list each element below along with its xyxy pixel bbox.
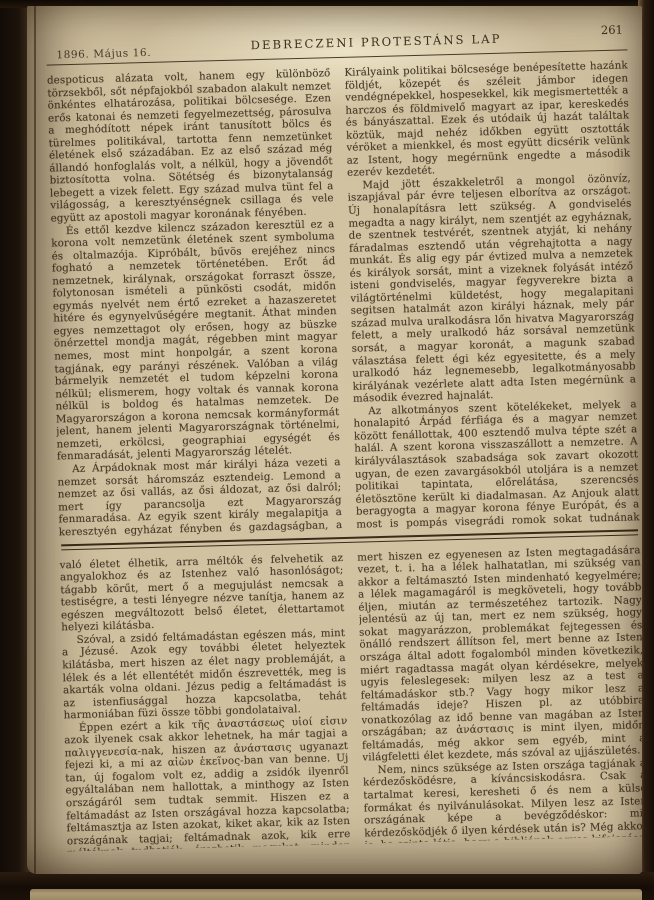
paragraph: Éppen ezért a kik τῆς ἀναστάσεως υἱοί εἰ… [64,715,351,851]
paragraph: despoticus alázata volt, hanem egy külön… [47,67,334,225]
lower-article-columns: való életet élhetik, arra méltók és felv… [60,544,642,851]
page-header: 1896. Május 16. DEBRECZENI PROTESTÁNS LA… [46,32,627,65]
paragraph: való életet élhetik, arra méltók és felv… [60,552,345,635]
paragraph: És ettől kezdve kilencz századon kereszt… [51,218,341,464]
column-left-top: despoticus alázata volt, hanem egy külön… [47,67,343,538]
upper-article-columns: despoticus alázata volt, hanem egy külön… [47,59,640,538]
column-left-bottom: való életet élhetik, arra méltók és felv… [60,552,351,851]
page-content: 1896. Május 16. DEBRECZENI PROTESTÁNS LA… [27,6,642,874]
column-right-bottom: mert hiszen ez egyenesen az Isten megtag… [357,544,642,843]
issue-date: 1896. Május 16. [56,47,151,61]
paragraph: Az Árpádoknak most már királyi háza veze… [57,456,342,538]
paragraph: mert hiszen ez egyenesen az Isten megtag… [357,544,642,765]
paragraph: Szóval, a zsidó feltámadástan egészen má… [62,627,348,722]
paragraph: Majd jött északkeletről a mongol özönvíz… [347,172,636,405]
page-number: 261 [601,23,623,38]
masthead-title: DEBRECZENI PROTESTÁNS LAP [250,32,501,53]
column-right-top: Királyaink politikai bölcsesége benépesí… [344,59,640,530]
next-page-edge [30,889,642,900]
paragraph: Királyaink politikai bölcsesége benépesí… [344,59,630,179]
newspaper-page: 1896. Május 16. DEBRECZENI PROTESTÁNS LA… [27,6,642,874]
paragraph: Nem, nincs szüksége az Isten országa tag… [363,757,642,843]
paragraph: Az alkotmányos szent kötelékeket, melyek… [353,398,640,531]
